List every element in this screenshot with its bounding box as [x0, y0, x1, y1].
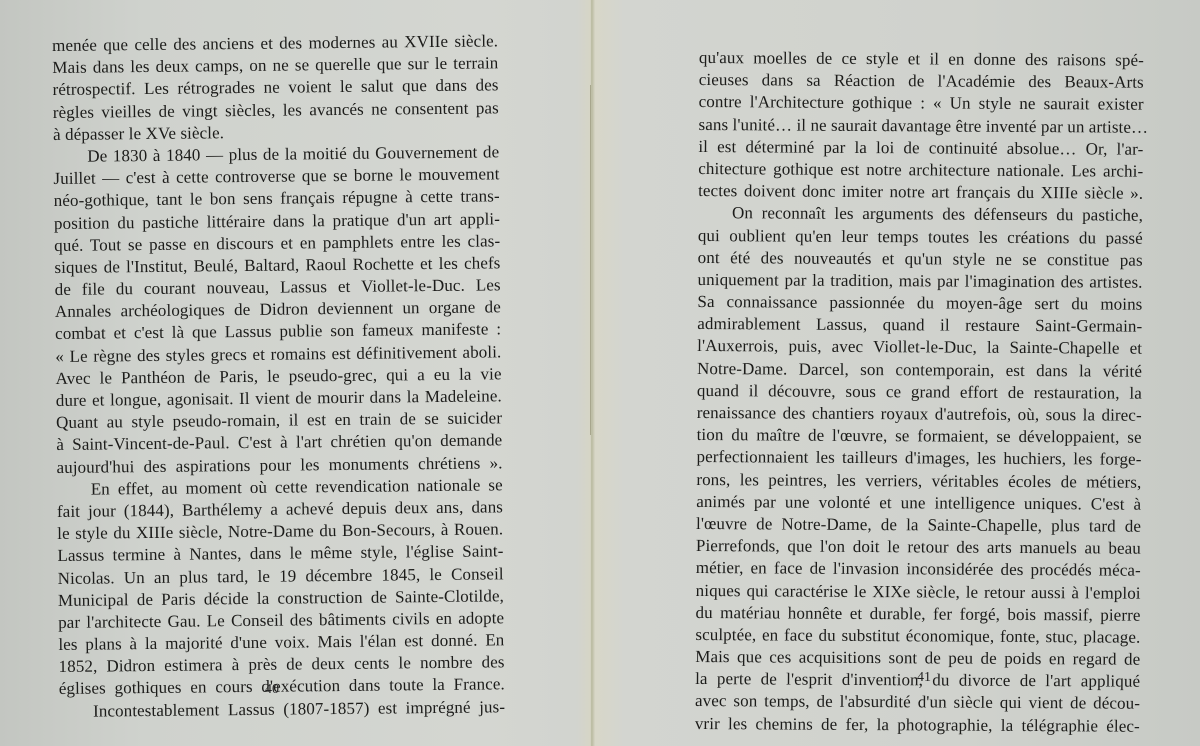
text-line: il est déterminé par la loi de continuit… — [698, 136, 1143, 161]
text-line: chitecture gothique est notre architectu… — [698, 158, 1143, 183]
page-number: 41 — [917, 670, 931, 686]
text-line: Sa connaissance passionnée du moyen-âge … — [697, 291, 1142, 316]
text-line: renaissance des chantiers royaux d'autre… — [697, 402, 1142, 427]
text-line: qu'aux moelles de ce style et il en donn… — [699, 47, 1144, 72]
text-line: cieuses dans sa Réaction de l'Académie d… — [699, 69, 1144, 94]
book-spread: menée que celle des anciens et des moder… — [0, 0, 1200, 746]
text-line: métier, en face de l'invasion inconsidér… — [696, 557, 1141, 582]
text-line: du matériau honnête et durable, fer forg… — [695, 602, 1140, 627]
text-line: qui oublient qu'en leur temps toutes les… — [698, 224, 1143, 249]
right-page-text: qu'aux moelles de ce style et il en donn… — [695, 47, 1144, 738]
text-line: tectes doivent donc imiter notre art fra… — [698, 180, 1143, 205]
text-line: niques qui caractérise le XIXe siècle, l… — [696, 579, 1141, 604]
text-line: sculptée, en face du substitut économiqu… — [695, 624, 1140, 649]
left-page-text: menée que celle des anciens et des moder… — [52, 30, 505, 722]
text-line: contre l'Architecture gothique : « Un st… — [699, 91, 1144, 116]
text-line: perfectionnaient les tailleurs d'images,… — [696, 446, 1141, 471]
text-line: l'Auxerrois, puis, avec Viollet-le-Duc, … — [697, 335, 1142, 360]
text-line: vrir les chemins de fer, la photographie… — [695, 713, 1140, 738]
text-line: règles vieilles de vingt siècles, les av… — [53, 97, 499, 124]
text-line: sans l'unité… il ne saurait davantage êt… — [698, 114, 1143, 139]
text-line: rons, les peintres, les verriers, vérita… — [696, 469, 1141, 494]
text-line: ont été des nouveautés et qu'un style ne… — [698, 247, 1143, 272]
text-line: quand il découvre, sous ce grand effort … — [697, 380, 1142, 405]
right-page: qu'aux moelles de ce style et il en donn… — [592, 0, 1200, 746]
left-page: menée que celle des anciens et des moder… — [0, 0, 592, 746]
text-line: On reconnaît les arguments des défenseur… — [698, 202, 1143, 227]
text-line: Mais que ces acquisitions sont de peu de… — [695, 646, 1140, 671]
text-line: l'œuvre de Notre-Dame, de la Sainte-Chap… — [696, 513, 1141, 538]
page-number: 40 — [265, 682, 279, 698]
text-line: Pierrefonds, que l'on doit le retour des… — [696, 535, 1141, 560]
text-line: tion du maître de l'œuvre, se formaient,… — [697, 424, 1142, 449]
text-line: avec son temps, de l'absurdité d'un sièc… — [695, 690, 1140, 715]
text-line: admirablement Lassus, quand il restaure … — [697, 313, 1142, 338]
text-line: animés par une volonté et une intelligen… — [696, 491, 1141, 516]
text-line: Incontestablement Lassus (1807-1857) est… — [59, 696, 505, 723]
text-line: uniquement par la tradition, mais par l'… — [698, 269, 1143, 294]
text-line: Notre-Dame. Darcel, son contemporain, es… — [697, 358, 1142, 383]
